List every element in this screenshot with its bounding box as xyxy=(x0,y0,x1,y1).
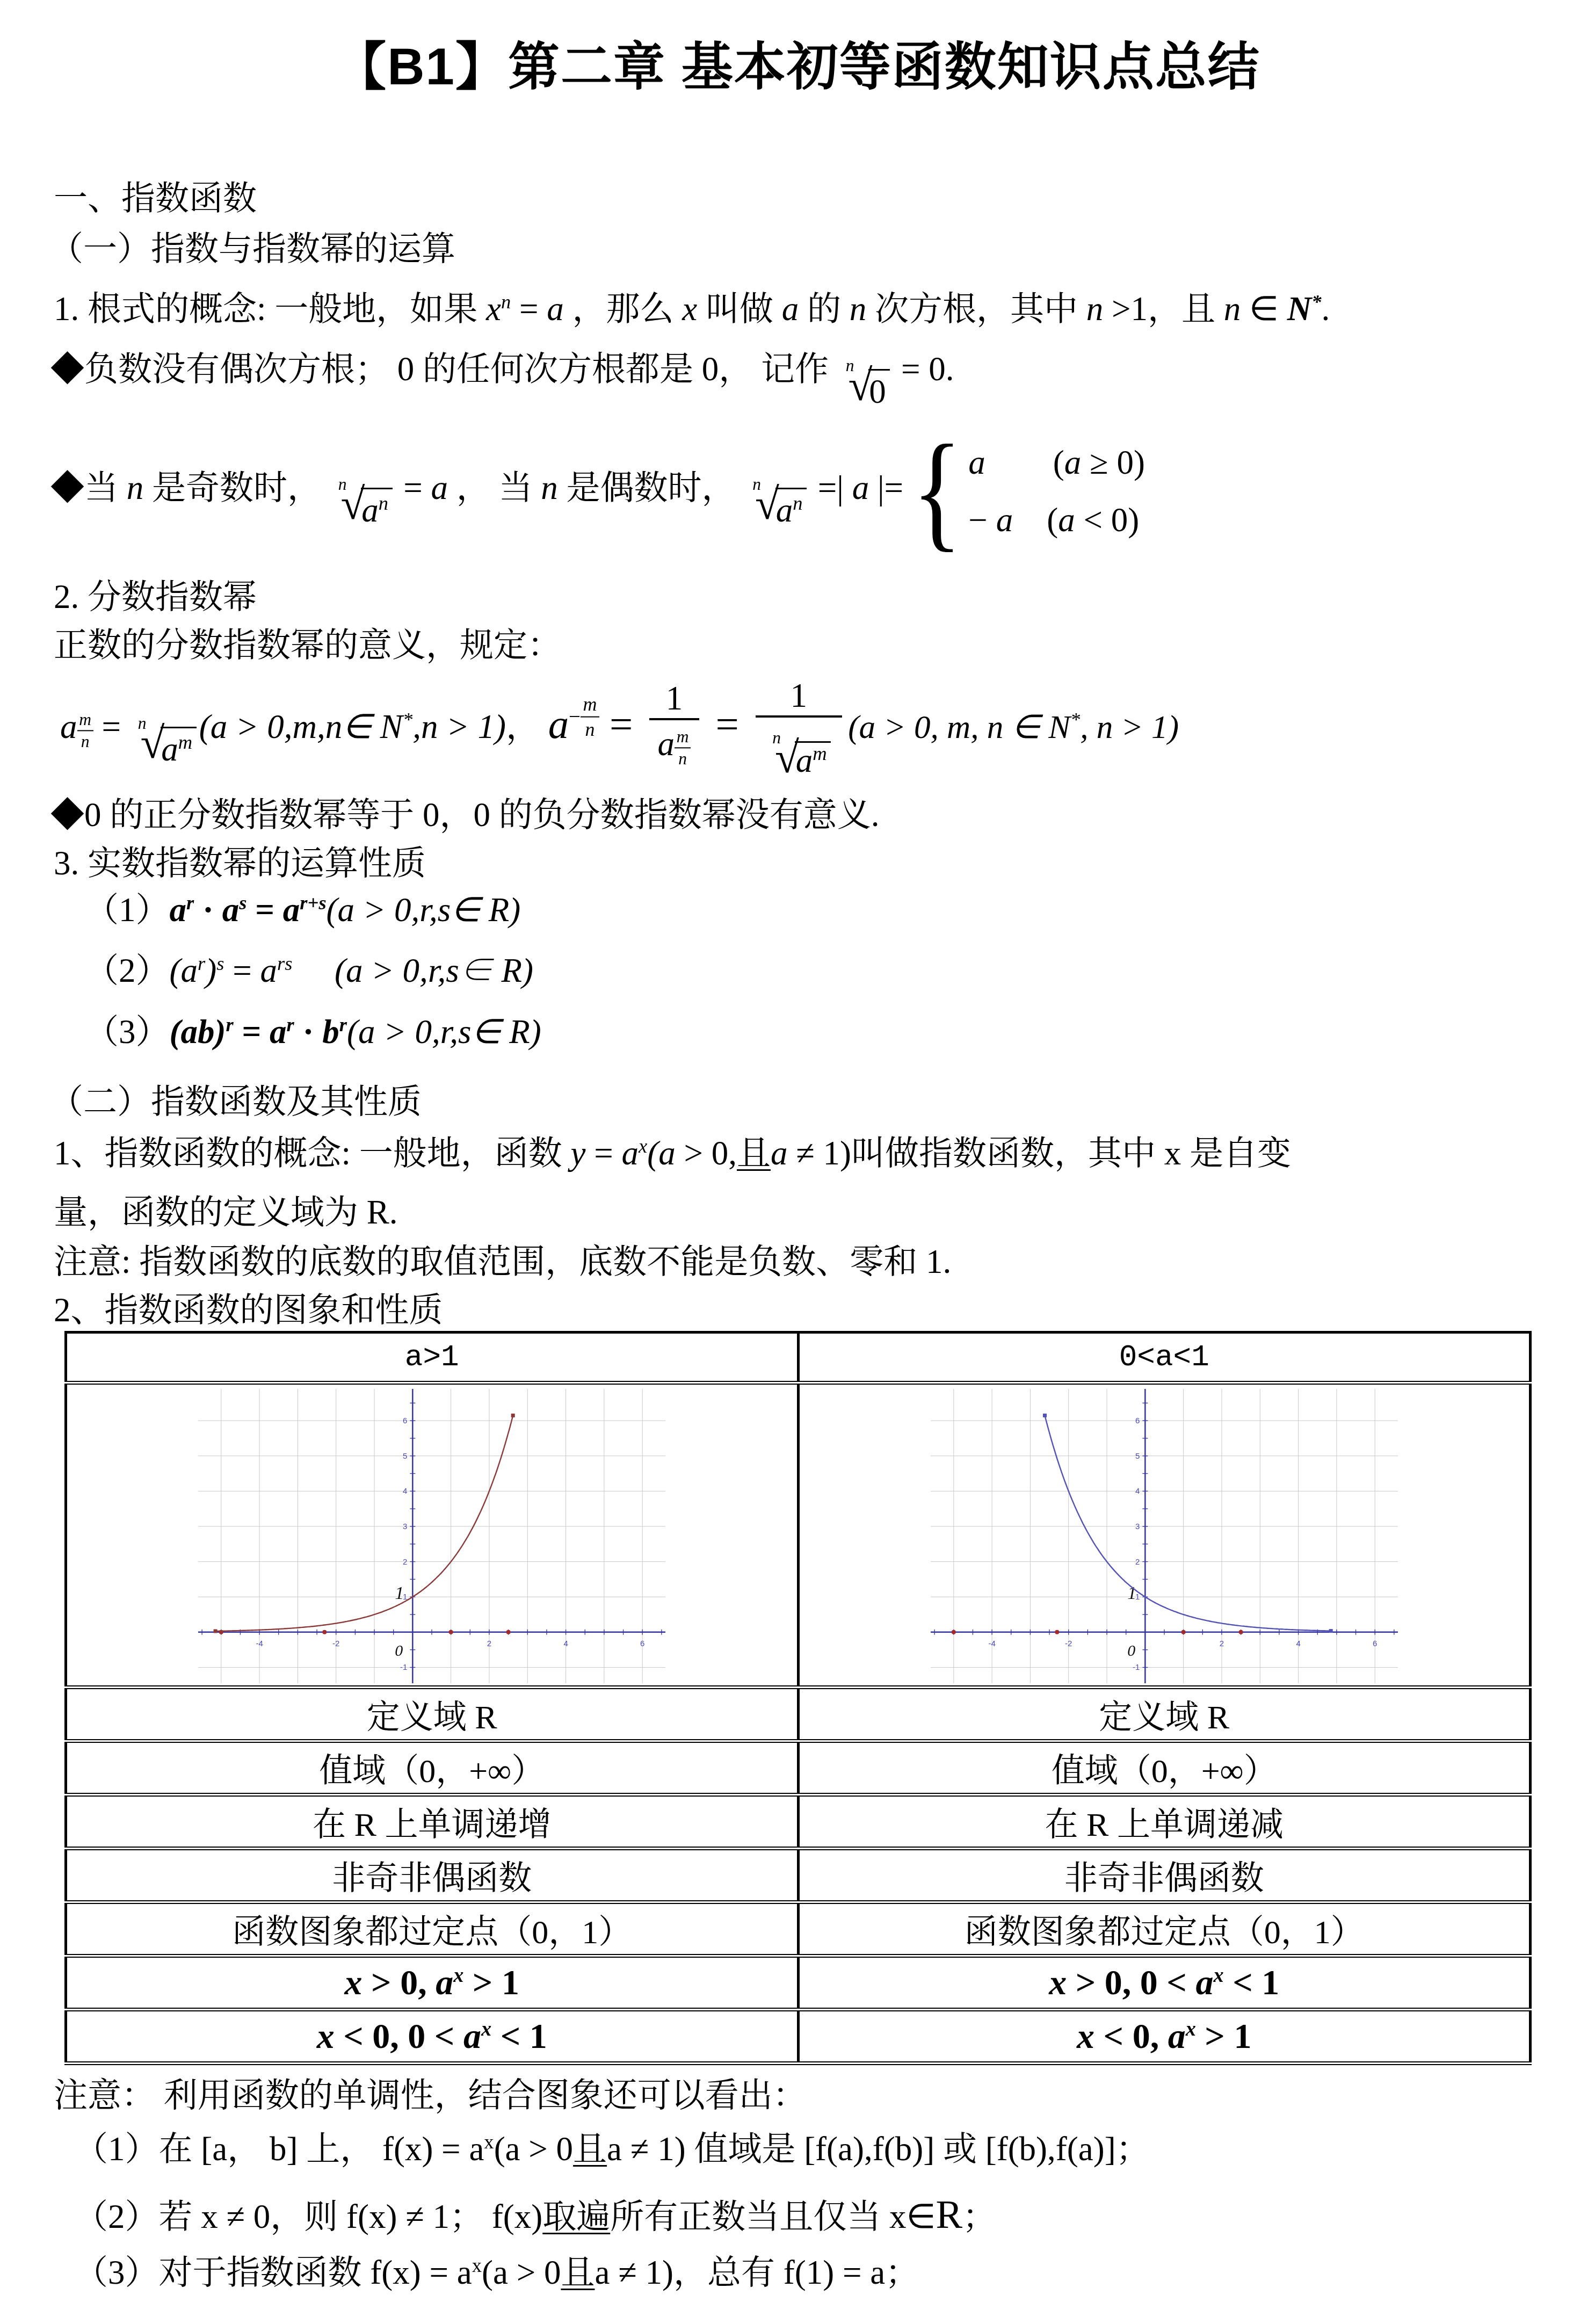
section-3-heading: 3. 实数指数幂的运算性质 xyxy=(54,842,426,885)
svg-text:0: 0 xyxy=(1127,1642,1135,1660)
svg-text:3: 3 xyxy=(1135,1522,1140,1531)
power-property-1: （1）ar · as = ar+s(a > 0,r,s∈ R) xyxy=(85,889,520,931)
svg-text:-2: -2 xyxy=(332,1639,339,1648)
svg-text:5: 5 xyxy=(1135,1452,1140,1461)
graph-cell-decreasing: -4-2246-112345610 xyxy=(798,1383,1531,1688)
svg-text:4: 4 xyxy=(564,1639,568,1648)
exponential-properties-table: a>1 0<a<1 -4-2246-112345610 -4-2246-1123… xyxy=(64,1331,1532,2065)
svg-text:-1: -1 xyxy=(400,1663,407,1672)
table-cell-range-left: 值域（0，+∞） xyxy=(66,1741,799,1795)
svg-text:3: 3 xyxy=(403,1522,407,1531)
svg-text:6: 6 xyxy=(1135,1416,1140,1425)
section-2-heading: 2. 分数指数幂 xyxy=(54,576,257,618)
svg-text:5: 5 xyxy=(403,1452,407,1461)
svg-text:1: 1 xyxy=(395,1583,404,1603)
table-cell-parity-left: 非奇非偶函数 xyxy=(66,1849,799,1902)
table-cell-xneg-left: x < 0, 0 < ax < 1 xyxy=(66,2010,799,2064)
svg-text:6: 6 xyxy=(640,1639,644,1648)
svg-text:-4: -4 xyxy=(988,1639,995,1648)
graph-cell-increasing: -4-2246-112345610 xyxy=(66,1383,799,1688)
section-1-heading: 一、指数函数 xyxy=(54,177,257,220)
svg-text:4: 4 xyxy=(1135,1487,1140,1496)
exponential-definition-line2: 量，函数的定义域为 R. xyxy=(54,1191,398,1234)
svg-text:6: 6 xyxy=(1373,1639,1377,1648)
root-concept-line: 1. 根式的概念: 一般地，如果 xn = a ，那么 x 叫做 a 的 n 次… xyxy=(54,288,1330,330)
svg-text:2: 2 xyxy=(1135,1558,1140,1567)
svg-text:4: 4 xyxy=(403,1487,407,1496)
document-page: 【B1】第二章 基本初等函数知识点总结 一、指数函数 （一）指数与指数幂的运算 … xyxy=(0,0,1595,2324)
svg-text:4: 4 xyxy=(1296,1639,1300,1648)
monotonicity-note-2: （2）若 x ≠ 0，则 f(x) ≠ 1； f(x)取遍所有正数当且仅当 x∈… xyxy=(74,2190,996,2240)
svg-text:0: 0 xyxy=(395,1642,403,1660)
svg-text:-2: -2 xyxy=(1065,1639,1072,1648)
table-cell-monotonic-left: 在 R 上单调递增 xyxy=(66,1795,799,1849)
power-property-3: （3）(ab)r = ar · br(a > 0,r,s∈ R) xyxy=(85,1011,541,1053)
table-cell-xpos-left: x > 0, ax > 1 xyxy=(66,1956,799,2010)
exponential-graph-decreasing: -4-2246-112345610 xyxy=(931,1389,1398,1683)
fractional-power-formula: amn = n√am(a > 0,m,n∈ N*,n > 1)， a−mn = … xyxy=(60,678,1179,783)
svg-text:6: 6 xyxy=(403,1416,407,1425)
svg-text:2: 2 xyxy=(1220,1639,1224,1648)
table-cell-xneg-right: x < 0, ax > 1 xyxy=(798,2010,1531,2064)
table-cell-domain-right: 定义域 R xyxy=(798,1688,1531,1741)
svg-text:-1: -1 xyxy=(1133,1663,1140,1672)
monotonicity-note-3: （3）对于指数函数 f(x) = ax(a > 0且a ≠ 1)，总有 f(1)… xyxy=(74,2251,919,2294)
table-cell-fixed-point-left: 函数图象都过定点（0，1） xyxy=(66,1902,799,1956)
power-property-2: （2）(ar)s = ars (a > 0,r,s∈ R) xyxy=(85,950,533,992)
svg-text:1: 1 xyxy=(1127,1583,1136,1603)
section-1-1-heading: （一）指数与指数幂的运算 xyxy=(49,228,455,270)
table-cell-xpos-right: x > 0, 0 < ax < 1 xyxy=(798,1956,1531,2010)
odd-even-cases-formula: ◆当 n 是奇数时， n√an = a ， 当 n 是偶数时， n√an =| … xyxy=(50,441,1145,541)
table-cell-monotonic-right: 在 R 上单调递减 xyxy=(798,1795,1531,1849)
svg-text:2: 2 xyxy=(403,1558,407,1567)
page-title: 【B1】第二章 基本初等函数知识点总结 xyxy=(0,26,1595,99)
section-2-2-heading: （二）指数函数及其性质 xyxy=(49,1081,422,1123)
table-cell-parity-right: 非奇非偶函数 xyxy=(798,1849,1531,1902)
negative-even-root-note: ◆负数没有偶次方根； 0 的任何次方根都是 0， 记作 n√0 = 0. xyxy=(50,348,954,410)
table-cell-fixed-point-right: 函数图象都过定点（0，1） xyxy=(798,1902,1531,1956)
table-header-0-lt-a-lt-1: 0<a<1 xyxy=(798,1333,1531,1383)
table-cell-domain-left: 定义域 R xyxy=(66,1688,799,1741)
table-header-a-gt-1: a>1 xyxy=(66,1333,799,1383)
exponential-definition-line1: 1、指数函数的概念: 一般地，函数 y = ax(a > 0,且a ≠ 1)叫做… xyxy=(54,1132,1291,1175)
table-cell-range-right: 值域（0，+∞） xyxy=(798,1741,1531,1795)
base-range-note: 注意: 指数函数的底数的取值范围，底数不能是负数、零和 1. xyxy=(54,1241,951,1283)
zero-fractional-power-note: ◆0 的正分数指数幂等于 0，0 的负分数指数幂没有意义. xyxy=(50,794,880,836)
monotonicity-note-heading: 注意： 利用函数的单调性，结合图象还可以看出： xyxy=(54,2074,807,2117)
monotonicity-note-1: （1）在 [a， b] 上， f(x) = ax(a > 0且a ≠ 1) 值域… xyxy=(74,2128,1150,2170)
graph-properties-heading: 2、指数函数的图象和性质 xyxy=(54,1289,443,1331)
exponential-graph-increasing: -4-2246-112345610 xyxy=(198,1389,665,1683)
fractional-power-intro: 正数的分数指数幂的意义，规定： xyxy=(54,624,561,667)
svg-text:2: 2 xyxy=(487,1639,491,1648)
svg-text:-4: -4 xyxy=(256,1639,263,1648)
